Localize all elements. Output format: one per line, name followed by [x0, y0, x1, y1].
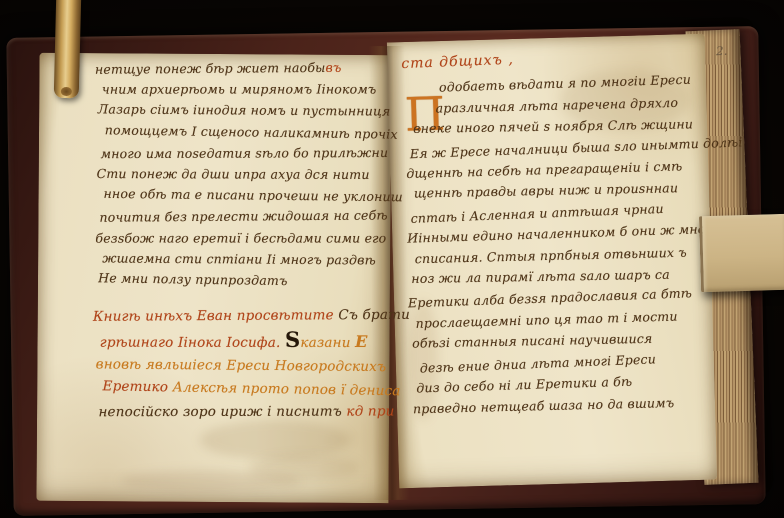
text-segment: Е — [355, 332, 367, 351]
text-segment: казани — [300, 335, 355, 351]
text-segment: грѣшнаго Іінока Іосифа. — [100, 335, 285, 351]
folio-number: 2. — [716, 44, 728, 58]
manuscript-line: чним архиерѣомь и миряномъ Іінокомъ — [102, 79, 403, 100]
text-segment: нетщуе понеж бѣр жиет наобы — [95, 60, 326, 77]
text-segment: вновѣ явльшіеся Ереси Новгородскихъ — [96, 356, 387, 375]
text-segment: непосійско зоро ириж і писнитъ — [98, 404, 346, 421]
manuscript-line: много има поѕедатия ѕѣло бо прилѣжни — [101, 142, 403, 164]
text-segment: помощцемъ І сщеносо наликамниѣ прочіх — [105, 122, 398, 141]
manuscript-line: Еретико Алексѣя прото попов ї дениса — [102, 375, 409, 403]
text-segment: много има поѕедатия ѕѣло бо прилѣжни — [101, 145, 389, 161]
left-page-title-rubric: Книгѣ инѣхъ Еван просвѣтите Съ братигрѣш… — [97, 304, 410, 425]
text-segment: Не мни ползу припроздатъ — [98, 270, 288, 288]
text-segment: Съ брати — [334, 307, 410, 323]
text-segment: безѕбож наго еретиї і бесѣдами сими его — [95, 230, 386, 245]
left-page-text-block: нетщуе понеж бѣр жиет наобывъчним архиер… — [99, 57, 403, 291]
manuscript-line: грѣшнаго Іінока Іосифа. Ѕказани Е — [100, 328, 410, 355]
text-segment: жшаемна сти сптіани Іі многъ раздвѣ — [102, 250, 376, 267]
text-segment: Книгѣ инѣхъ Еван просвѣтите — [93, 307, 334, 325]
text-segment: въ — [325, 60, 341, 75]
text-segment: ста дбщихъ , — [401, 52, 514, 72]
manuscript-line: Сти понеж да дши ипра ахуа дся нити — [97, 163, 403, 185]
text-segment: обѣзі станныя писані научившися — [412, 331, 653, 351]
text-segment: чним архиерѣомь и миряномъ Іінокомъ — [102, 82, 377, 97]
text-segment: нное обѣ та е писани прочеши не уклониш — [103, 186, 402, 204]
text-segment: списания. Сптыя прпбныя отвьнших ъ — [415, 244, 687, 266]
manuscript-line: почития без прелести жидошая на себѣ — [99, 205, 403, 229]
text-segment: праведно нетщеаб шаза но да вшимъ — [413, 395, 675, 416]
manuscript-photo: нетщуе понеж бѣр жиет наобывъчним архиер… — [0, 0, 784, 518]
text-segment: Сти понеж да дши ипра ахуа дся нити — [97, 166, 370, 182]
text-segment: внеке иного пячей ѕ ноября Слѣ жщини — [413, 117, 693, 137]
fore-edge-bookmark-tab — [699, 214, 784, 292]
manuscript-line: Не мни ползу припроздатъ — [98, 267, 403, 293]
text-segment: ноз жи ла пирамї лѣта ѕало шаръ са — [411, 267, 670, 286]
text-segment: Ѕ — [285, 327, 300, 352]
manuscript-line: безѕбож наго еретиї і бесѣдами сими его — [95, 227, 402, 248]
manuscript-line: непосійско зоро ириж і писнитъ кд при — [98, 400, 409, 424]
text-segment: почития без прелести жидошая на себѣ — [99, 208, 387, 225]
wooden-pointer-stick — [54, 0, 82, 98]
manuscript-line: помощцемъ І сщеносо наликамниѣ прочіх — [105, 119, 404, 145]
manuscript-line: нетщуе понеж бѣр жиет наобывъ — [95, 56, 404, 80]
text-segment: аразличная лѣта наречена дряхло — [435, 95, 678, 116]
manuscript-line: Книгѣ инѣхъ Еван просвѣтите Съ брати — [93, 304, 410, 329]
manuscript-line: Лазарь сіимъ іинодия номъ и пустынниця — [98, 99, 403, 122]
text-segment: Лазарь сіимъ іинодия номъ и пустынниця — [98, 102, 391, 119]
text-segment: кд при — [346, 403, 394, 419]
text-segment: Алексѣя прото попов ї дениса — [173, 379, 401, 399]
text-segment: Еретико — [102, 378, 172, 395]
text-segment: диз до себо ні ли Еретики а бѣ — [416, 374, 632, 396]
